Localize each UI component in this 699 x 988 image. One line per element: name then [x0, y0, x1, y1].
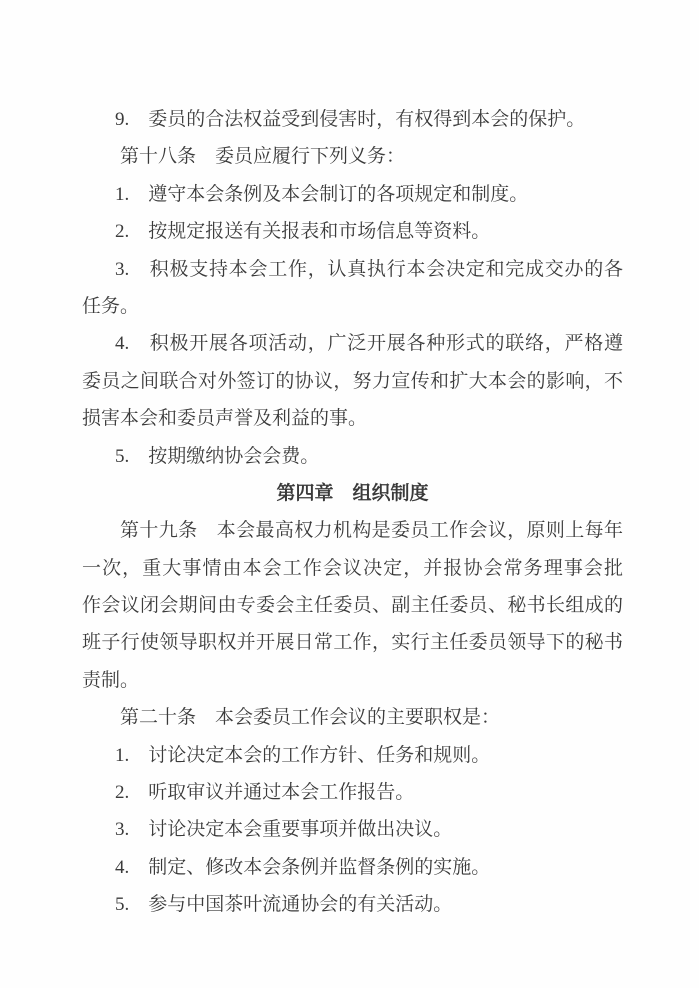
text-line: 2. 按规定报送有关报表和市场信息等资料。: [82, 213, 623, 250]
text-line: 第十八条 委员应履行下列义务：: [82, 138, 623, 175]
text-line: 1. 遵守本会条例及本会制订的各项规定和制度。: [82, 176, 623, 213]
text-line: 损害本会和委员声誉及利益的事。: [82, 400, 623, 437]
text-line: 5. 参与中国茶叶流通协会的有关活动。: [82, 886, 623, 923]
text-line: 一次，重大事情由本会工作会议决定，并报协会常务理事会批准。工: [82, 550, 623, 587]
text-line: 3. 积极支持本会工作，认真执行本会决定和完成交办的各项工作: [82, 251, 623, 288]
text-line: 第二十条 本会委员工作会议的主要职权是：: [82, 699, 623, 736]
text-line: 3. 讨论决定本会重要事项并做出决议。: [82, 811, 623, 848]
text-line: 第十九条 本会最高权力机构是委员工作会议，原则上每年召开: [82, 512, 623, 549]
text-line: 4. 制定、修改本会条例并监督条例的实施。: [82, 849, 623, 886]
text-line: 作会议闭会期间由专委会主任委员、副主任委员、秘书长组成的工作: [82, 587, 623, 624]
text-line: 5. 按期缴纳协会会费。: [82, 438, 623, 475]
chapter-heading: 第四章 组织制度: [82, 475, 623, 512]
text-line: 任务。: [82, 288, 623, 325]
text-line: 责制。: [82, 662, 623, 699]
text-line: 委员之间联合对外签订的协议，努力宣传和扩大本会的影响，不得做: [82, 363, 623, 400]
document-page: 9. 委员的合法权益受到侵害时，有权得到本会的保护。第十八条 委员应履行下列义务…: [82, 101, 623, 924]
text-line: 1. 讨论决定本会的工作方针、任务和规则。: [82, 737, 623, 774]
text-line: 4. 积极开展各项活动，广泛开展各种形式的联络，严格遵守本会: [82, 325, 623, 362]
text-line: 9. 委员的合法权益受到侵害时，有权得到本会的保护。: [82, 101, 623, 138]
text-line: 班子行使领导职权并开展日常工作，实行主任委员领导下的秘书长负: [82, 624, 623, 661]
text-line: 2. 听取审议并通过本会工作报告。: [82, 774, 623, 811]
